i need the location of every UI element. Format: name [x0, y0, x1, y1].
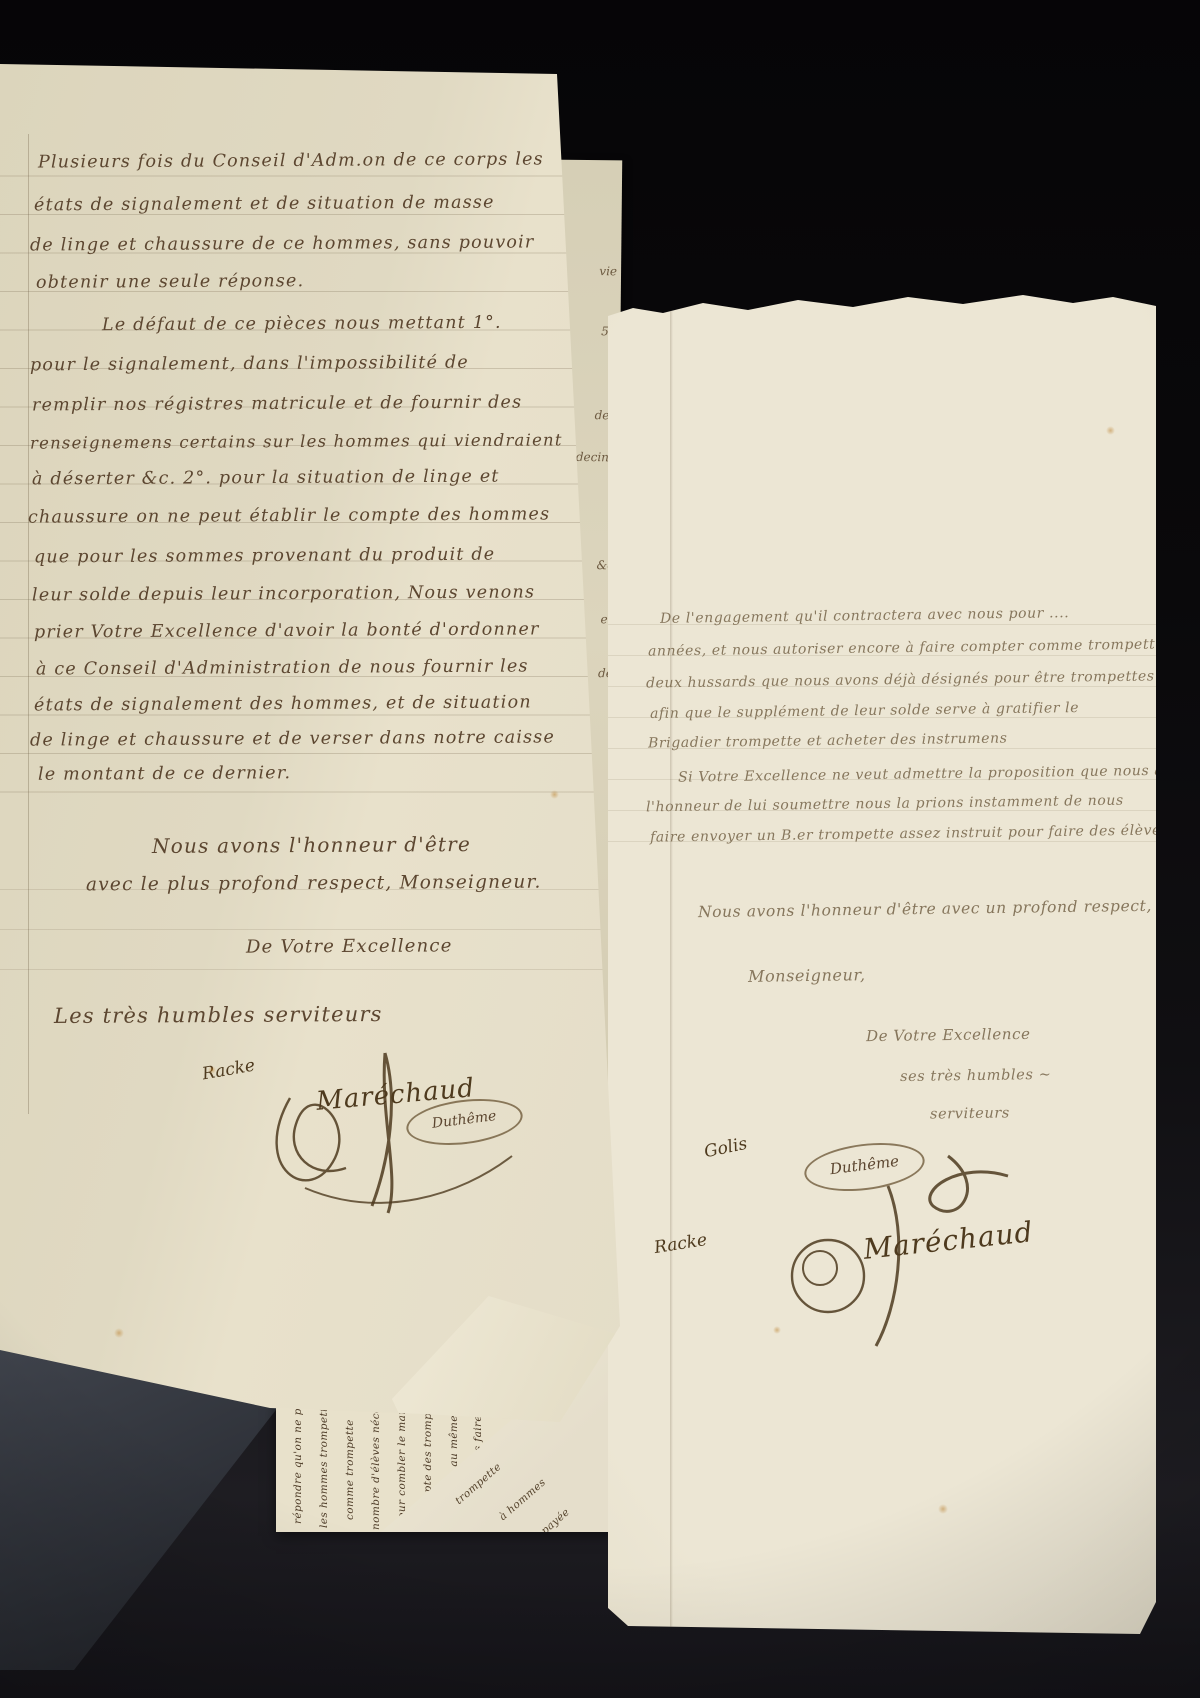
fold-crease	[670, 286, 673, 1634]
manuscript-line: à ce Conseil d'Administration de nous fo…	[36, 656, 529, 679]
manuscript-line: le montant de ce dernier.	[38, 763, 291, 785]
manuscript-line: Le défaut de ce pièces nous mettant 1°.	[102, 313, 502, 335]
closing-line: Les très humbles serviteurs	[54, 1002, 383, 1028]
closing-line: Nous avons l'honneur d'être avec un prof…	[698, 897, 1152, 921]
signature-racke: Racke	[201, 1056, 257, 1085]
ruled-lines	[0, 850, 624, 980]
closing-line: ses très humbles ~	[900, 1067, 1052, 1085]
manuscript-line: Si Votre Excellence ne veut admettre la …	[678, 762, 1198, 785]
foxing-spot	[114, 1328, 124, 1338]
manuscript-line: leur solde depuis leur incorporation, No…	[32, 582, 535, 605]
manuscript-line: pour le signalement, dans l'impossibilit…	[30, 353, 469, 376]
manuscript-line: états de signalement des hommes, et de s…	[34, 692, 532, 715]
ruled-lines	[608, 594, 1156, 862]
manuscript-line: de linge et chaussure et de verser dans …	[30, 727, 555, 750]
closing-line: De Votre Excellence	[246, 935, 453, 957]
manuscript-line: afin que le supplément de leur solde ser…	[650, 700, 1079, 722]
manuscript-line: années, et nous autoriser encore à faire…	[648, 636, 1172, 659]
letter-page-right: De l'engagement qu'il contractera avec n…	[608, 286, 1156, 1634]
manuscript-line: faire envoyer un B.er trompette assez in…	[650, 822, 1169, 845]
manuscript-line: de linge et chaussure de ce hommes, sans…	[30, 232, 535, 255]
diagonal-note-line: à hommes	[497, 1476, 548, 1523]
closing-line: Nous avons l'honneur d'être	[152, 832, 471, 858]
photograph-of-manuscripts: { "colors":{ "background":"#0b0a0c", "pa…	[0, 0, 1200, 1698]
rotated-note-line: répondre qu'on ne peut	[292, 1390, 304, 1524]
manuscript-line: que pour les sommes provenant du produit…	[34, 545, 495, 568]
manuscript-line: chaussure on ne peut établir le compte d…	[28, 504, 550, 527]
diagonal-note-line: trompette	[453, 1461, 504, 1507]
manuscript-line: remplir nos régistres matricule et de fo…	[32, 393, 522, 416]
manuscript-line: prier Votre Excellence d'avoir la bonté …	[34, 619, 540, 642]
closing-line: Monseigneur,	[748, 965, 866, 986]
rotated-note-line: comme trompette	[344, 1419, 356, 1520]
signature-golis: Golis	[702, 1134, 749, 1163]
manuscript-line: deux hussards que nous avons déjà désign…	[646, 668, 1155, 691]
manuscript-line: Plusieurs fois du Conseil d'Adm.on de ce…	[38, 149, 544, 172]
manuscript-line: l'honneur de lui soumettre nous la prion…	[646, 793, 1124, 816]
manuscript-line: à déserter &c. 2°. pour la situation de …	[32, 467, 500, 490]
margin-line	[28, 134, 29, 1114]
manuscript-line: obtenir une seule réponse.	[36, 271, 304, 293]
signature-racke: Racke	[653, 1230, 709, 1258]
manuscript-line: Brigadier trompette et acheter des instr…	[648, 730, 1008, 751]
closing-line: avec le plus profond respect, Monseigneu…	[86, 872, 542, 896]
closing-line: De Votre Excellence	[866, 1025, 1031, 1045]
letter-page-left: Plusieurs fois du Conseil d'Adm.on de ce…	[0, 58, 624, 1430]
foxing-spot	[938, 1504, 948, 1514]
closing-line: serviteurs	[930, 1105, 1010, 1122]
cut-off-word: vie	[599, 264, 617, 278]
rotated-note-line: les hommes trompettes	[318, 1395, 330, 1528]
manuscript-line: états de signalement et de situation de …	[34, 193, 495, 216]
manuscript-line: De l'engagement qu'il contractera avec n…	[660, 605, 1069, 627]
foxing-spot	[1106, 426, 1115, 435]
foxing-spot	[550, 790, 559, 799]
diagonal-note-line: payée	[539, 1506, 572, 1532]
manuscript-line: renseignemens certains sur les hommes qu…	[30, 430, 563, 452]
